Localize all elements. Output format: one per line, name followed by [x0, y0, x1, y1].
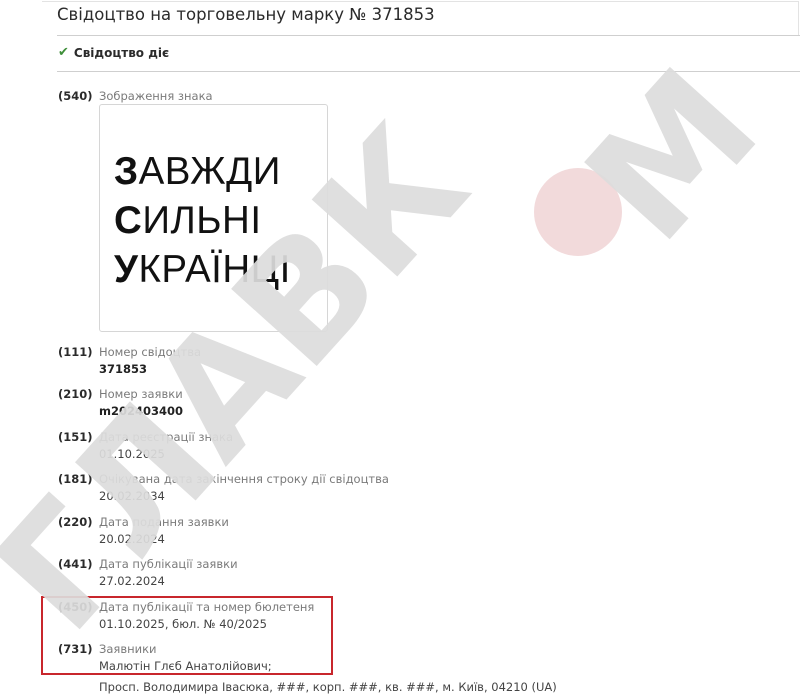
field-label: Дата публікації заявки — [99, 557, 238, 571]
field-value: 371853 — [99, 362, 147, 376]
field-code: (441) — [58, 557, 93, 571]
field-code: (220) — [58, 515, 93, 529]
field-value: 20.02.2034 — [99, 489, 165, 503]
field-label: Номер заявки — [99, 387, 183, 401]
page-title: Свідоцтво на торговельну марку № 371853 — [57, 5, 435, 24]
field-code: (181) — [58, 472, 93, 486]
divider — [57, 71, 800, 72]
field-code: (111) — [58, 345, 93, 359]
field-label: Зображення знака — [99, 89, 213, 103]
field-value: 01.10.2025 — [99, 447, 165, 461]
divider — [57, 35, 800, 36]
field-value: m202403400 — [99, 404, 183, 418]
field-label: Дата реєстрації знака — [99, 430, 233, 444]
check-icon: ✔ — [58, 45, 69, 60]
status-label: Свідоцтво діє — [74, 46, 169, 60]
field-label: Дата подання заявки — [99, 515, 229, 529]
field-value-address: Просп. Володимира Івасюка, ###, корп. ##… — [99, 680, 557, 694]
highlight-box — [41, 596, 333, 675]
field-value: 20.02.2024 — [99, 532, 165, 546]
trademark-image: ЗАВЖДИ СИЛЬНІ УКРАЇНЦІ — [99, 104, 328, 332]
field-code: (151) — [58, 430, 93, 444]
field-label: Очікувана дата закінчення строку дії сві… — [99, 472, 389, 486]
watermark-circle — [534, 168, 622, 256]
field-label: Номер свідоцтва — [99, 345, 201, 359]
field-code: (540) — [58, 89, 93, 103]
field-code: (210) — [58, 387, 93, 401]
field-value: 27.02.2024 — [99, 574, 165, 588]
trademark-text: ЗАВЖДИ СИЛЬНІ УКРАЇНЦІ — [114, 147, 291, 294]
status-badge: ✔ Свідоцтво діє — [58, 45, 169, 60]
